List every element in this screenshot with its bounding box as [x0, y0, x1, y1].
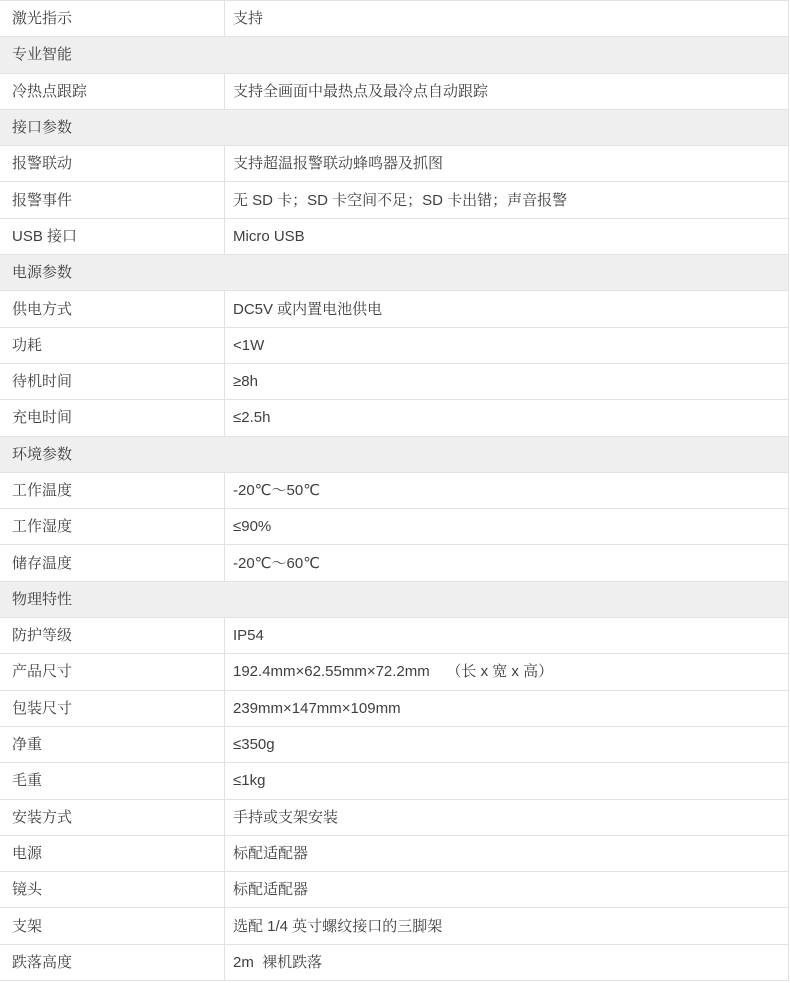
spec-label: 储存温度 [12, 556, 72, 571]
spec-label: 安装方式 [12, 810, 72, 825]
spec-row: 充电时间≤2.5h [0, 400, 788, 436]
spec-value: ≥8h [233, 374, 258, 389]
section-title: 环境参数 [12, 447, 72, 462]
spec-label-cell: 激光指示 [0, 1, 225, 36]
spec-label: 报警事件 [12, 193, 72, 208]
spec-label: 待机时间 [12, 374, 72, 389]
spec-value: ≤2.5h [233, 410, 270, 425]
spec-row: 供电方式DC5V 或内置电池供电 [0, 291, 788, 327]
spec-label-cell: 储存温度 [0, 545, 225, 580]
spec-label-cell: 跌落高度 [0, 945, 225, 980]
spec-value: ≤1kg [233, 773, 265, 788]
spec-label-cell: 工作湿度 [0, 509, 225, 544]
spec-label-cell: 防护等级 [0, 618, 225, 653]
spec-label: 工作湿度 [12, 519, 72, 534]
spec-value: 支持超温报警联动蜂鸣器及抓图 [233, 156, 443, 171]
spec-table: 激光指示支持专业智能冷热点跟踪支持全画面中最热点及最冷点自动跟踪接口参数报警联动… [0, 0, 789, 981]
spec-value: IP54 [233, 628, 264, 643]
spec-label-cell: 供电方式 [0, 291, 225, 326]
spec-row: 跌落高度2m 裸机跌落 [0, 945, 788, 981]
spec-value: DC5V 或内置电池供电 [233, 302, 382, 317]
spec-row: 支架选配 1/4 英寸螺纹接口的三脚架 [0, 908, 788, 944]
spec-label: 防护等级 [12, 628, 72, 643]
spec-value-cell: DC5V 或内置电池供电 [225, 291, 788, 326]
spec-label-cell: 冷热点跟踪 [0, 74, 225, 109]
section-title: 接口参数 [12, 120, 72, 135]
spec-label: 毛重 [12, 773, 42, 788]
spec-row: 毛重≤1kg [0, 763, 788, 799]
spec-value: -20℃～50℃ [233, 483, 320, 498]
spec-label-cell: 产品尺寸 [0, 654, 225, 689]
spec-row: 待机时间≥8h [0, 364, 788, 400]
spec-value-cell: 239mm×147mm×109mm [225, 691, 788, 726]
spec-label-cell: 镜头 [0, 872, 225, 907]
spec-label: 供电方式 [12, 302, 72, 317]
spec-value-cell: ≤90% [225, 509, 788, 544]
spec-row: 安装方式手持或支架安装 [0, 800, 788, 836]
spec-value-cell: ≥8h [225, 364, 788, 399]
spec-value: 2m 裸机跌落 [233, 955, 322, 970]
spec-value-cell: <1W [225, 328, 788, 363]
spec-row: 激光指示支持 [0, 1, 788, 37]
spec-label: 冷热点跟踪 [12, 84, 87, 99]
spec-label: 跌落高度 [12, 955, 72, 970]
section-header-row: 物理特性 [0, 582, 788, 618]
spec-row: 包装尺寸239mm×147mm×109mm [0, 691, 788, 727]
spec-value-cell: 无 SD 卡；SD 卡空间不足；SD 卡出错；声音报警 [225, 182, 788, 217]
spec-row: 工作湿度≤90% [0, 509, 788, 545]
spec-row: 净重≤350g [0, 727, 788, 763]
spec-label: 包装尺寸 [12, 701, 72, 716]
spec-value: 无 SD 卡；SD 卡空间不足；SD 卡出错；声音报警 [233, 193, 567, 208]
spec-label-cell: 工作温度 [0, 473, 225, 508]
spec-value-cell: 标配适配器 [225, 872, 788, 907]
spec-label-cell: 报警事件 [0, 182, 225, 217]
spec-row: 防护等级IP54 [0, 618, 788, 654]
spec-label: 功耗 [12, 338, 42, 353]
spec-row: 工作温度-20℃～50℃ [0, 473, 788, 509]
spec-label: 充电时间 [12, 410, 72, 425]
section-title: 物理特性 [12, 592, 72, 607]
spec-label: 电源 [12, 846, 42, 861]
spec-value-cell: 手持或支架安装 [225, 800, 788, 835]
spec-label: 产品尺寸 [12, 664, 72, 679]
section-header-row: 电源参数 [0, 255, 788, 291]
spec-value: 239mm×147mm×109mm [233, 701, 401, 716]
section-header-row: 环境参数 [0, 437, 788, 473]
spec-value-cell: 选配 1/4 英寸螺纹接口的三脚架 [225, 908, 788, 943]
spec-row: 镜头标配适配器 [0, 872, 788, 908]
spec-row: 报警事件无 SD 卡；SD 卡空间不足；SD 卡出错；声音报警 [0, 182, 788, 218]
spec-value-cell: 支持 [225, 1, 788, 36]
spec-value-cell: ≤1kg [225, 763, 788, 798]
spec-label-cell: 毛重 [0, 763, 225, 798]
spec-value: 手持或支架安装 [233, 810, 338, 825]
spec-value-cell: 2m 裸机跌落 [225, 945, 788, 980]
spec-label: 工作温度 [12, 483, 72, 498]
spec-row: 储存温度-20℃～60℃ [0, 545, 788, 581]
spec-value: Micro USB [233, 229, 305, 244]
spec-label-cell: 报警联动 [0, 146, 225, 181]
spec-value: 标配适配器 [233, 882, 308, 897]
spec-label-cell: USB 接口 [0, 219, 225, 254]
spec-label-cell: 功耗 [0, 328, 225, 363]
spec-value-cell: ≤2.5h [225, 400, 788, 435]
spec-row: 产品尺寸192.4mm×62.55mm×72.2mm （长 x 宽 x 高） [0, 654, 788, 690]
spec-value: 支持 [233, 11, 263, 26]
section-header-row: 接口参数 [0, 110, 788, 146]
spec-row: 电源标配适配器 [0, 836, 788, 872]
spec-label-cell: 安装方式 [0, 800, 225, 835]
section-header-row: 专业智能 [0, 37, 788, 73]
spec-row: 冷热点跟踪支持全画面中最热点及最冷点自动跟踪 [0, 74, 788, 110]
spec-value-cell: -20℃～50℃ [225, 473, 788, 508]
spec-label: 支架 [12, 919, 42, 934]
spec-value-cell: 192.4mm×62.55mm×72.2mm （长 x 宽 x 高） [225, 654, 788, 689]
spec-label: USB 接口 [12, 229, 77, 244]
spec-value: ≤350g [233, 737, 275, 752]
spec-row: 报警联动支持超温报警联动蜂鸣器及抓图 [0, 146, 788, 182]
spec-label-cell: 净重 [0, 727, 225, 762]
spec-value: 选配 1/4 英寸螺纹接口的三脚架 [233, 919, 442, 934]
spec-label: 净重 [12, 737, 42, 752]
spec-label: 激光指示 [12, 11, 72, 26]
spec-value: 支持全画面中最热点及最冷点自动跟踪 [233, 84, 488, 99]
spec-value: 192.4mm×62.55mm×72.2mm （长 x 宽 x 高） [233, 664, 553, 679]
spec-value-cell: -20℃～60℃ [225, 545, 788, 580]
spec-label-cell: 包装尺寸 [0, 691, 225, 726]
spec-value-cell: 支持超温报警联动蜂鸣器及抓图 [225, 146, 788, 181]
spec-label-cell: 待机时间 [0, 364, 225, 399]
spec-row: USB 接口Micro USB [0, 219, 788, 255]
spec-value: -20℃～60℃ [233, 556, 320, 571]
section-title: 专业智能 [12, 47, 72, 62]
spec-value: <1W [233, 338, 264, 353]
spec-value-cell: Micro USB [225, 219, 788, 254]
spec-row: 功耗<1W [0, 328, 788, 364]
spec-label-cell: 充电时间 [0, 400, 225, 435]
spec-label: 镜头 [12, 882, 42, 897]
section-title: 电源参数 [12, 265, 72, 280]
spec-label: 报警联动 [12, 156, 72, 171]
spec-value-cell: 支持全画面中最热点及最冷点自动跟踪 [225, 74, 788, 109]
spec-value-cell: IP54 [225, 618, 788, 653]
spec-label-cell: 支架 [0, 908, 225, 943]
spec-value: 标配适配器 [233, 846, 308, 861]
spec-value: ≤90% [233, 519, 271, 534]
spec-label-cell: 电源 [0, 836, 225, 871]
spec-value-cell: ≤350g [225, 727, 788, 762]
spec-value-cell: 标配适配器 [225, 836, 788, 871]
